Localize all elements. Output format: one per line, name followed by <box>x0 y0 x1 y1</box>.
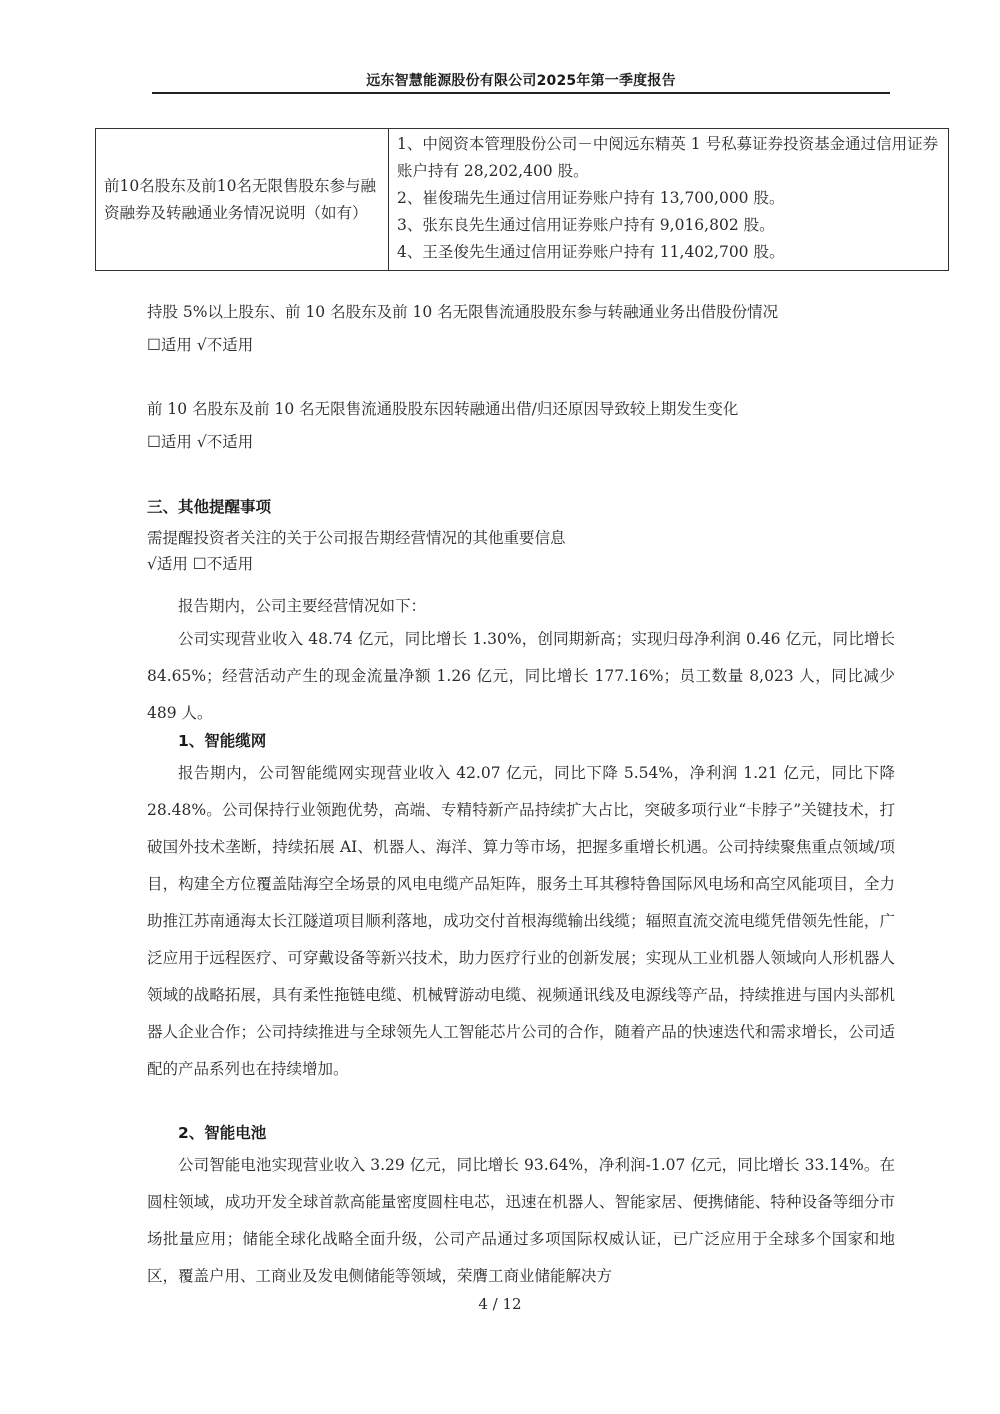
change-applicability: ☐适用 √不适用 <box>147 432 907 452</box>
header-divider <box>152 92 890 94</box>
table-row: 前10名股东及前10名无限售股东参与融资融券及转融通业务情况说明（如有） 1、中… <box>96 129 949 271</box>
subsection-1-heading: 1、智能缆网 <box>178 731 938 751</box>
subsection-2-body: 公司智能电池实现营业收入 3.29 亿元，同比增长 93.64%，净利润-1.0… <box>147 1147 895 1295</box>
section-3-heading: 三、其他提醒事项 <box>147 497 907 517</box>
lending-section-title: 持股 5%以上股东、前 10 名股东及前 10 名无限售流通股股东参与转融通业务… <box>147 302 907 322</box>
margin-trading-table: 前10名股东及前10名无限售股东参与融资融券及转融通业务情况说明（如有） 1、中… <box>95 128 949 271</box>
page-header-title: 远东智慧能源股份有限公司2025年第一季度报告 <box>152 70 890 90</box>
change-section-title: 前 10 名股东及前 10 名无限售流通股股东因转融通出借/归还原因导致较上期发… <box>147 399 907 419</box>
subsection-1-body: 报告期内，公司智能缆网实现营业收入 42.07 亿元，同比下降 5.54%，净利… <box>147 755 895 1088</box>
list-item: 2、崔俊瑞先生通过信用证券账户持有 13,700,000 股。 <box>397 185 940 212</box>
table-label-cell: 前10名股东及前10名无限售股东参与融资融券及转融通业务情况说明（如有） <box>96 129 389 271</box>
section-3-subtitle: 需提醒投资者关注的关于公司报告期经营情况的其他重要信息 <box>147 528 907 548</box>
table-content-cell: 1、中阅资本管理股份公司－中阅远东精英 1 号私募证券投资基金通过信用证券账户持… <box>389 129 949 271</box>
section-3-intro: 报告期内，公司主要经营情况如下： <box>178 596 938 616</box>
section-3-summary: 公司实现营业收入 48.74 亿元，同比增长 1.30%，创同期新高；实现归母净… <box>147 621 895 732</box>
list-item: 1、中阅资本管理股份公司－中阅远东精英 1 号私募证券投资基金通过信用证券账户持… <box>397 131 940 185</box>
page-number: 4 / 12 <box>0 1295 1000 1313</box>
list-item: 4、王圣俊先生通过信用证券账户持有 11,402,700 股。 <box>397 239 940 266</box>
subsection-2-heading: 2、智能电池 <box>178 1123 938 1143</box>
section-3-applicability: √适用 ☐不适用 <box>147 554 907 574</box>
list-item: 3、张东良先生通过信用证券账户持有 9,016,802 股。 <box>397 212 940 239</box>
lending-applicability: ☐适用 √不适用 <box>147 335 907 355</box>
